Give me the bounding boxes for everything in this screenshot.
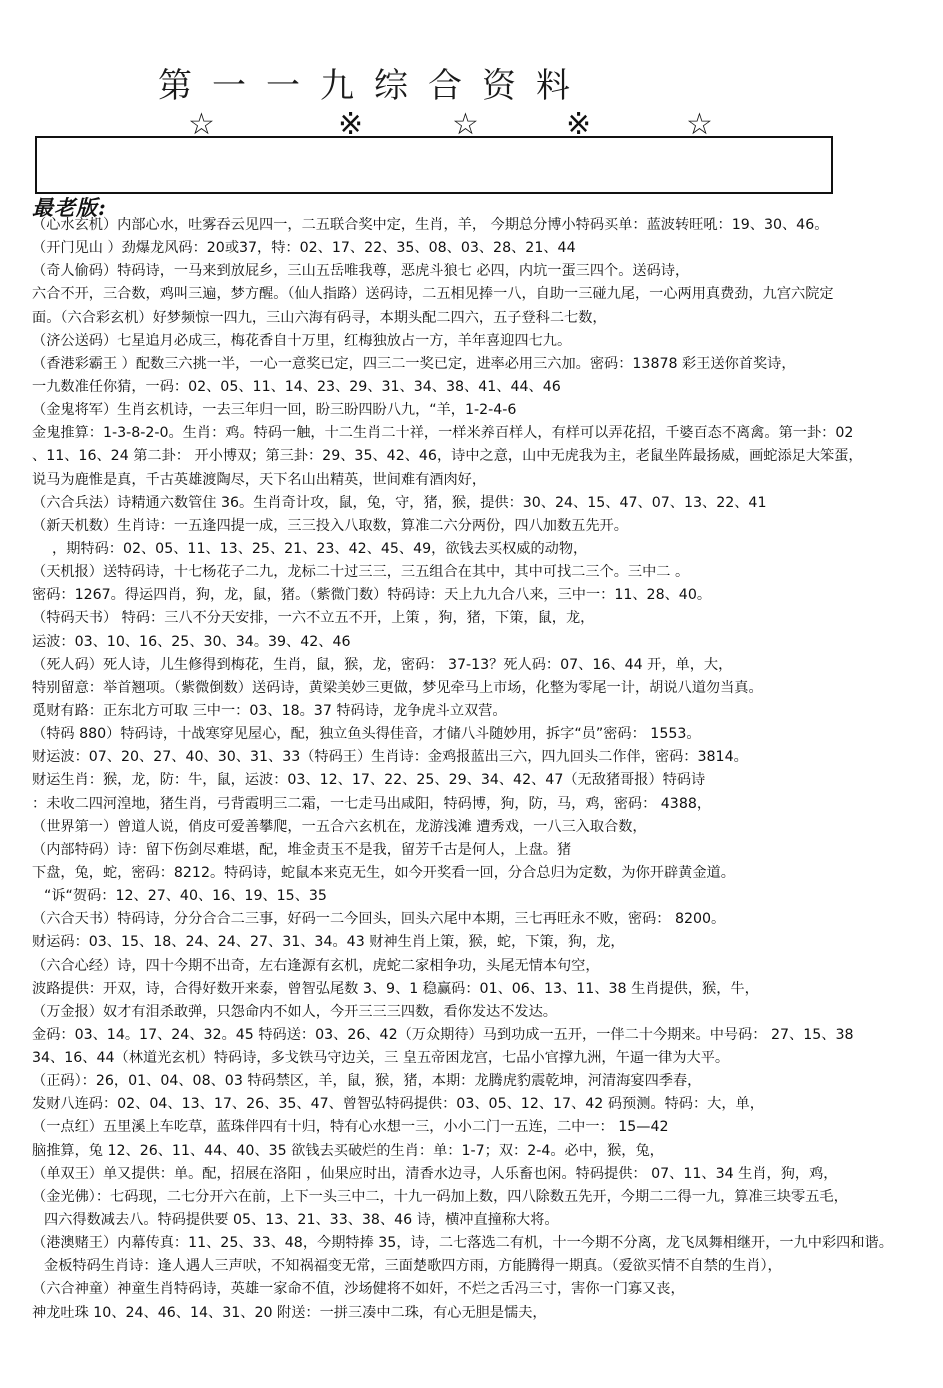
text-line: 、11、16、24 第二卦： 开小博双；第三卦：29、35、42、46，诗中之意… xyxy=(0,445,943,468)
page-title: 第一一九综合资料 xyxy=(158,58,590,107)
text-line: 财运波：07、20、27、40、30、31、33（特码王）生肖诗：金鸡报蓝出三六… xyxy=(0,746,943,769)
text-line: （六合天书）特码诗，分分合合二三事，好码一二今回头，回头六尾中本期，三七再旺永不… xyxy=(0,908,943,931)
text-line: ，期特码：02、05、11、13、25、21、23、42、45、49，欲钱去买权… xyxy=(0,538,943,561)
text-line: 金码：03、14。17、24、32。45 特码送：03、26、42（万众期待）马… xyxy=(0,1024,943,1047)
blank-header-box xyxy=(35,136,833,194)
text-line: 运波：03、10、16、25、30、34。39、42、46 xyxy=(0,631,943,654)
text-line: （新天机数）生肖诗：一五逢四提一成，三三投入八取数，算准二六分两份，四八加数五先… xyxy=(0,515,943,538)
text-line: 下盘，兔，蛇，密码：8212。特码诗，蛇鼠本来克无生，如今开奖看一回，分合总归为… xyxy=(0,862,943,885)
text-line: （一点红）五里溪上车吃草，蓝珠伴四有十归，特有心水想一三，小小二门一五连，二中一… xyxy=(0,1116,943,1139)
text-line: 密码：1267。得运四肖，狗，龙，鼠，猪。（紫微门数）特码诗：天上九九合八来，三… xyxy=(0,584,943,607)
text-line: ：未收二四河湟地，猪生肖，弓背霞明三二霜，一七走马出咸阳，特码博，狗，防，马，鸡… xyxy=(0,793,943,816)
text-line: 金鬼推算：1-3-8-2-0。生肖：鸡。特码一触，十二生肖二十祥，一样米养百样人… xyxy=(0,422,943,445)
text-line: 六合不开，三合数，鸡叫三遍，梦方醒。（仙人指路）送码诗，二五相见捧一八，自助一三… xyxy=(0,283,943,306)
text-line: （六合兵法）诗精通六数管住 36。生肖奇计攻，鼠，兔，守，猪，猴，提供：30、2… xyxy=(0,492,943,515)
text-line: 34、16、44（林道光玄机）特码诗，多戈铁马守边关，三 皇五帝困龙宫，七品小官… xyxy=(0,1047,943,1070)
text-line: （天机报）送特码诗，十七杨花子二九，龙标二十过三三，三五组合在其中，其中可找二三… xyxy=(0,561,943,584)
text-line: 面。（六合彩玄机）好梦频惊一四九，三山六海有码寻，本期头配二四六，五子登科二七数… xyxy=(0,307,943,330)
text-line: 特别留意：举首翘项。（紫微倒数）送码诗，黄梁美妙三更做，梦见牵马上市场，化整为零… xyxy=(0,677,943,700)
text-line: （金鬼将军）生肖玄机诗，一去三年归一回，盼三盼四盼八九，“羊，1-2-4-6 xyxy=(0,399,943,422)
text-line: （金光佛）：七码现，二七分开六在前，上下一头三中二，十九一码加上数，四八除数五先… xyxy=(0,1186,943,1209)
text-line: （奇人偷码）特码诗，一马来到放屁乡，三山五岳唯我尊，恶虎斗狼七 必四，内坑一蛋三… xyxy=(0,260,943,283)
content-lines: （心水玄机）内部心水，吐雾吞云见四一，二五联合奖中定，生肖，羊， 今期总分博小特… xyxy=(0,214,943,1325)
text-line: （内部特码）诗：留下伤剑尽难堪，配，堆金责玉不是我，留芳千古是何人，上盘。猪 xyxy=(0,839,943,862)
text-line: 神龙吐珠 10、24、46、14、31、20 附送：一拼三凑中二珠，有心无胆是懦… xyxy=(0,1302,943,1325)
text-line: （特码 880）特码诗，十战寒穿见屋心，配，独立鱼头得佳音，才储八斗随妙用，拆字… xyxy=(0,723,943,746)
text-line: （世界第一）曾道人说，俏皮可爱善攀爬，一五合六玄机在，龙游浅滩 遭秀戏，一八三入… xyxy=(0,816,943,839)
text-line: （单双王）单又提供：单。配，招展在洛阳 ，仙果应时出，清香水边寻，人乐畜也闲。特… xyxy=(0,1163,943,1186)
text-line: （心水玄机）内部心水，吐雾吞云见四一，二五联合奖中定，生肖，羊， 今期总分博小特… xyxy=(0,214,943,237)
text-line: （死人码）死人诗，儿生修得到梅花，生肖，鼠，猴，龙，密码： 37-13？死人码：… xyxy=(0,654,943,677)
text-line: 金板特码生肖诗：逢人遇人三声吠，不知祸福变无常，三面楚歌四方雨，方能腾得一期真。… xyxy=(0,1255,943,1278)
text-line: 财运码：03、15、18、24、24、27、31、34。43 财神生肖上策，猴，… xyxy=(0,931,943,954)
text-line: （六合神童）神童生肖特码诗，英雄一家命不值，沙场健将不如奸，不烂之舌冯三寸，害你… xyxy=(0,1278,943,1301)
text-line: （特码天书） 特码：三八不分天安排，一六不立五不开，上策 ，狗，猪，下策，鼠，龙… xyxy=(0,607,943,630)
text-line: （香港彩霸王 ）配数三六挑一半，一心一意奖已定，四三二一奖已定，进率必用三六加。… xyxy=(0,353,943,376)
text-line: （正码）：26，01、04、08、03 特码禁区，羊，鼠，猴，猪，本期：龙腾虎豹… xyxy=(0,1070,943,1093)
text-line: 发财八连码：02、04、13、17、26、35、47、曾智弘特码提供：03、05… xyxy=(0,1093,943,1116)
text-line: 觅财有路：正东北方可取 三中一：03、18。37 特码诗，龙争虎斗立双营。 xyxy=(0,700,943,723)
text-line: 波路提供：开双，诗，合得好数开来泰，曾智弘尾数 3、9、1 稳赢码：01、06、… xyxy=(0,978,943,1001)
text-line: 四六得数减去八。特码提供要 05、13、21、33、38、46 诗，横冲直撞称大… xyxy=(0,1209,943,1232)
text-line: （开门见山 ）劲爆龙风码：20或37，特：02、17、22、35、08、03、2… xyxy=(0,237,943,260)
text-line: 脑推算，兔 12、26、11、44、40、35 欲钱去买破烂的生肖：单：1-7；… xyxy=(0,1140,943,1163)
text-line: 说马为鹿惟是真，千古英雄渡陶尽，天下名山出精英，世间难有酒肉好， xyxy=(0,469,943,492)
text-line: （万金报）奴才有泪杀敢弹，只怨命内不如人，今开三三三四数，看你发达不发达。 xyxy=(0,1001,943,1024)
text-line: （六合心经）诗，四十今期不出奇，左右逢源有玄机，虎蛇二家相争功，头尾无情本句空， xyxy=(0,955,943,978)
text-line: 财运生肖：猴，龙，防：牛，鼠，运波：03、12、17、22、25、29、34、4… xyxy=(0,769,943,792)
text-line: （济公送码）七星追月必成三，梅花香自十万里，红梅独放占一方，羊年喜迎四七九。 xyxy=(0,330,943,353)
text-line: “诉“贺码：12、27、40、16、19、15、35 xyxy=(0,885,943,908)
text-line: 一九数准任你猜，一码：02、05、11、14、23、29、31、34、38、41… xyxy=(0,376,943,399)
text-line: （港澳赌王）内幕传真：11、25、33、48，今期特捧 35，诗，二七落选二有机… xyxy=(0,1232,943,1255)
